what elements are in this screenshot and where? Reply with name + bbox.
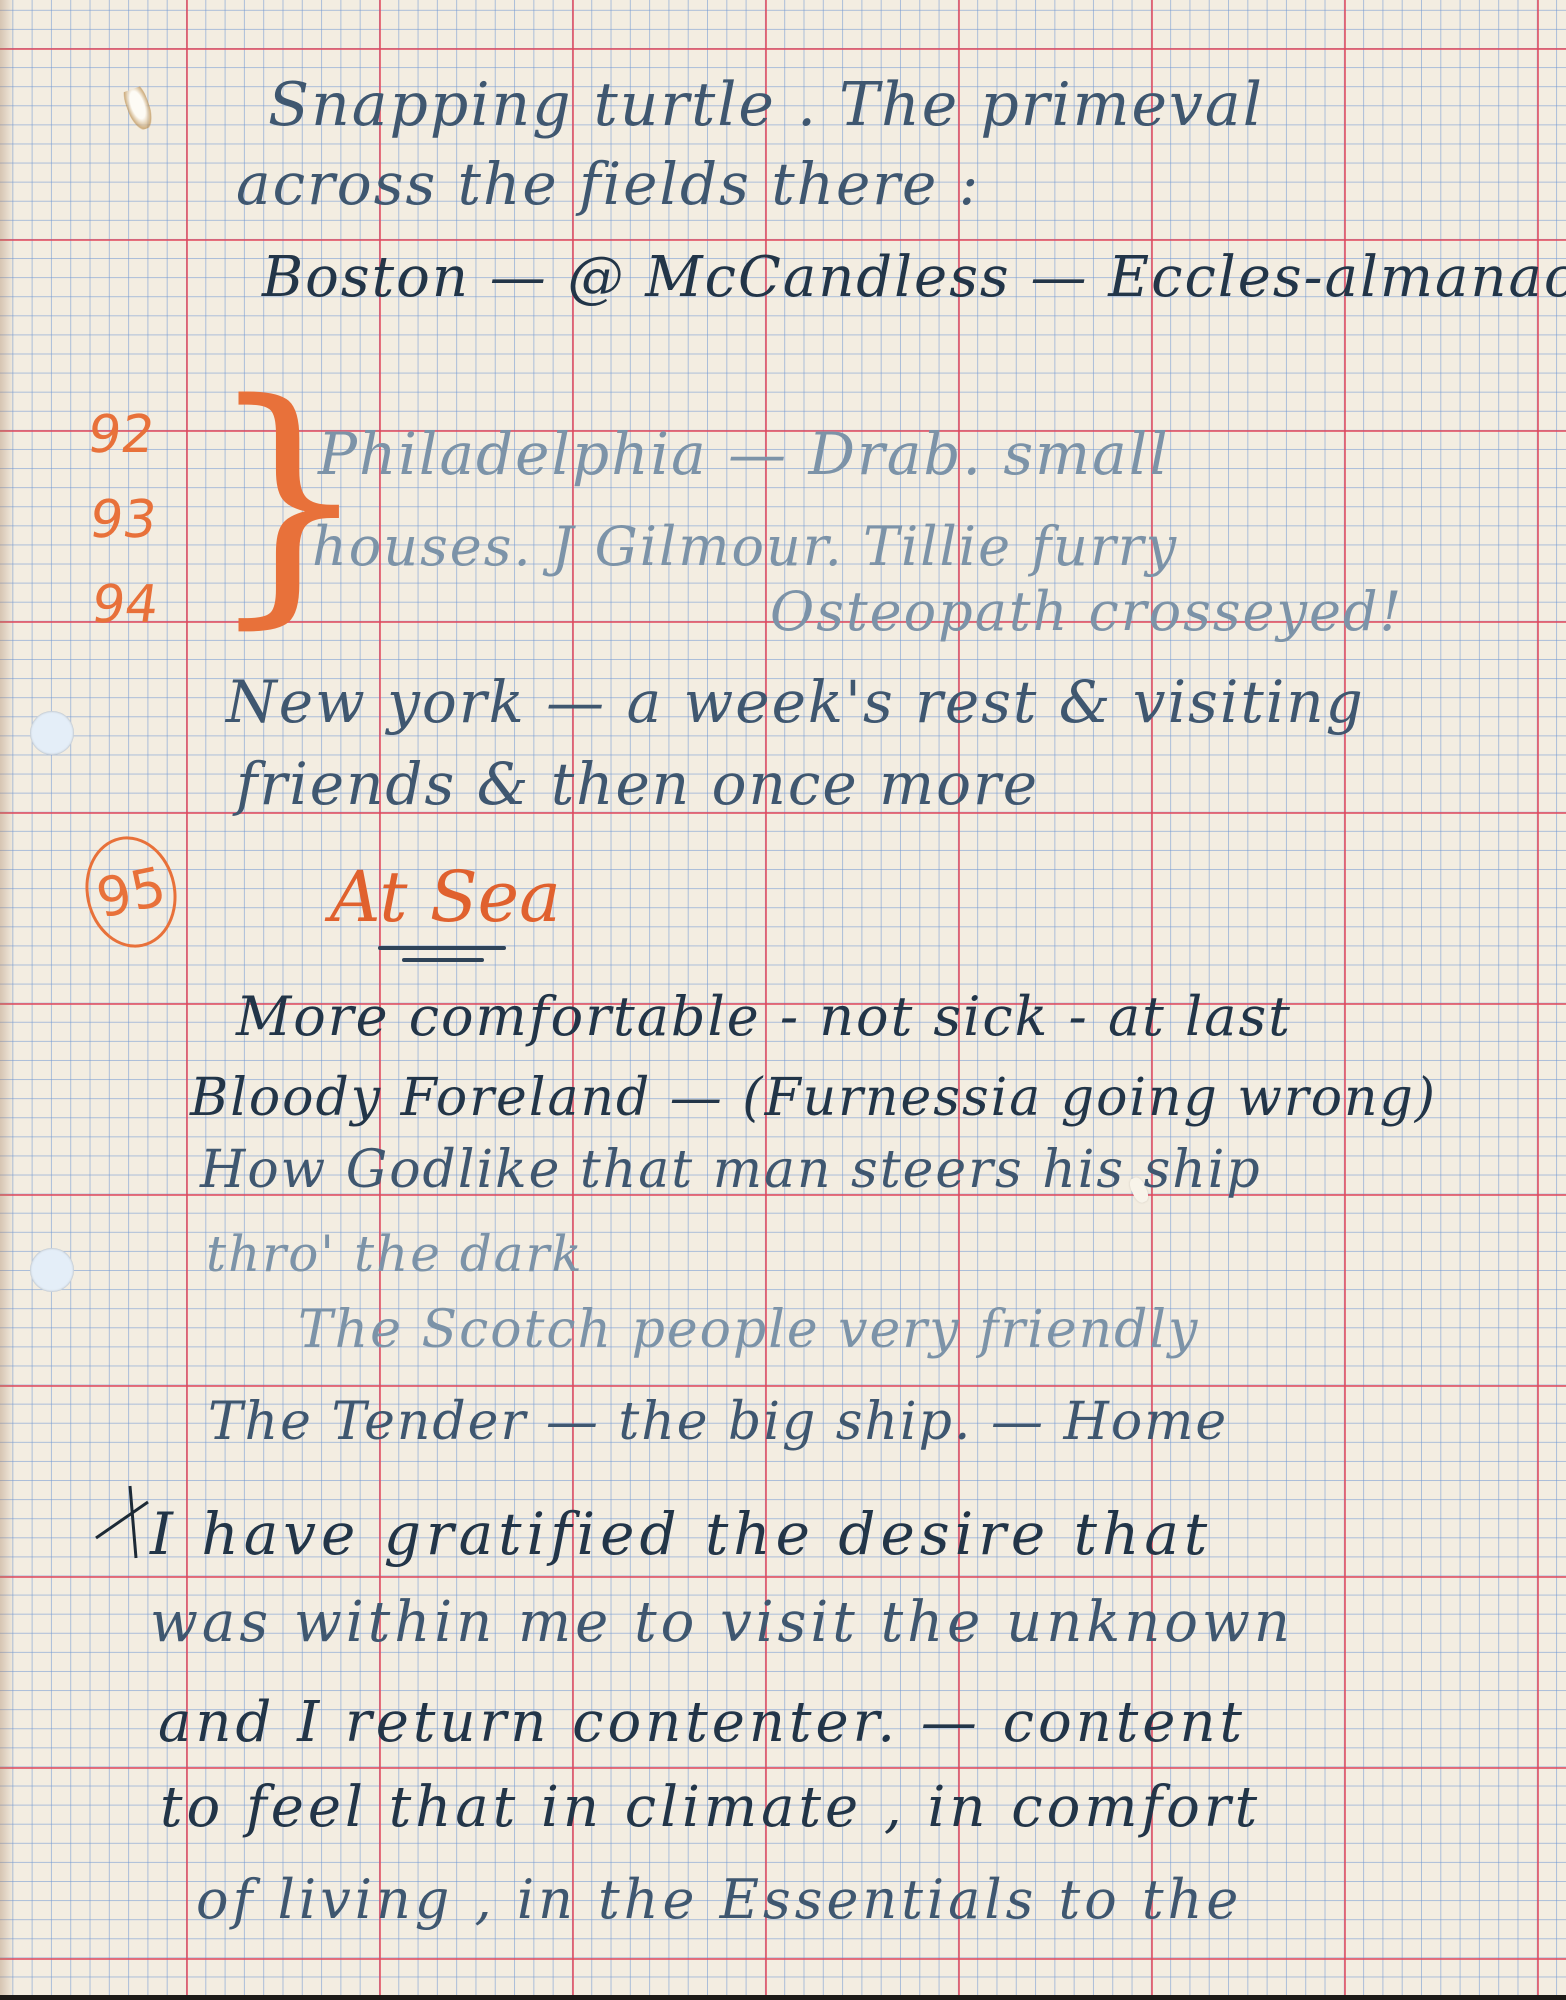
hole-punch-icon [30,1248,74,1292]
handwritten-line: of living , in the Essentials to the [196,1868,1242,1931]
handwritten-line: Boston — @ McCandless — Eccles-almanac [262,245,1566,310]
circled-number-text: 95 [91,854,171,930]
handwritten-line: was within me to visit the unknown [150,1590,1294,1655]
heading-underline [402,958,484,962]
handwritten-line: Bloody Foreland — (Furnessia going wrong… [190,1068,1437,1128]
handwritten-line: The Scotch people very friendly [298,1300,1199,1360]
paper-tear-mark [121,86,156,133]
margin-number: 94 [88,575,163,635]
margin-brace: } [206,370,371,630]
margin-number: 93 [86,490,161,550]
handwritten-line: across the fields there : [236,150,980,218]
margin-number: 92 [84,405,159,465]
circled-page-number: 95 [75,828,186,956]
handwritten-line: How Godlike that man steers his ship [200,1140,1262,1200]
handwritten-line: Snapping turtle . The primeval [268,70,1264,140]
page-bottom-edge [0,1995,1566,2000]
handwritten-line: Osteopath crosseyed! [770,580,1403,643]
section-heading-at-sea: At Sea [330,856,561,938]
page-edge-shade [0,0,14,1995]
handwritten-line: The Tender — the big ship. — Home [208,1392,1228,1452]
handwritten-line: I have gratified the desire that [150,1500,1212,1568]
handwritten-line: to feel that in climate , in comfort [160,1775,1261,1840]
cross-mark-icon [92,1480,152,1560]
handwritten-line: thro' the dark [206,1225,584,1283]
handwritten-line: New york — a week's rest & visiting [226,668,1365,736]
heading-underline [378,946,506,950]
handwritten-line: houses. J Gilmour. Tillie furry [312,515,1178,578]
handwritten-line: Philadelphia — Drab. small [318,420,1170,488]
hole-punch-icon [30,711,74,755]
graph-paper-page: Snapping turtle . The primeval across th… [0,0,1566,1995]
handwritten-line: More comfortable - not sick - at last [236,985,1292,1048]
handwritten-line: and I return contenter. — content [158,1690,1246,1755]
handwritten-line: friends & then once more [236,750,1039,818]
